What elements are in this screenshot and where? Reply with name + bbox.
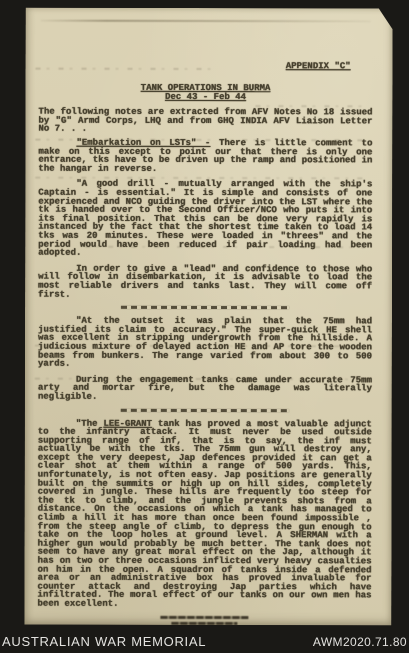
body-paragraph: "A good drill - mutually arranged with t…	[38, 180, 372, 258]
typewritten-text: APPENDIX "C" TANK OPERATIONS IN BURMA De…	[24, 8, 392, 626]
institution-label: AUSTRALIAN WAR MEMORIAL	[2, 634, 206, 649]
body-paragraph: During the engagement tanks came under a…	[38, 375, 372, 401]
body-paragraph: "At the outset it was plain that the 75m…	[38, 317, 372, 369]
document-date-range: Dec 43 - Feb 44	[165, 93, 246, 102]
document-page: APPENDIX "C" TANK OPERATIONS IN BURMA De…	[24, 8, 392, 626]
endmark-mark	[37, 615, 371, 625]
intro-paragraph: The following notes are extracted from A…	[38, 108, 372, 134]
document-title: TANK OPERATIONS IN BURMA	[141, 83, 271, 92]
sections-container: "Embarkation on LSTs" - There is little …	[37, 139, 372, 625]
archive-caption-bar: AUSTRALIAN WAR MEMORIAL AWM2020.71.80	[0, 625, 409, 653]
body-paragraph: In order to give a "lead" and confidence…	[38, 264, 372, 299]
accession-number: AWM2020.71.80	[313, 635, 407, 649]
appendix-heading: APPENDIX "C"	[286, 62, 351, 71]
body-paragraph: "The LEE-GRANT tank has proved a most va…	[37, 419, 371, 609]
separator-mark	[121, 306, 289, 309]
title-block: TANK OPERATIONS IN BURMA Dec 43 - Feb 44	[38, 83, 372, 101]
separator-mark	[121, 408, 289, 411]
body-paragraph: "Embarkation on LSTs" - There is little …	[38, 139, 372, 174]
